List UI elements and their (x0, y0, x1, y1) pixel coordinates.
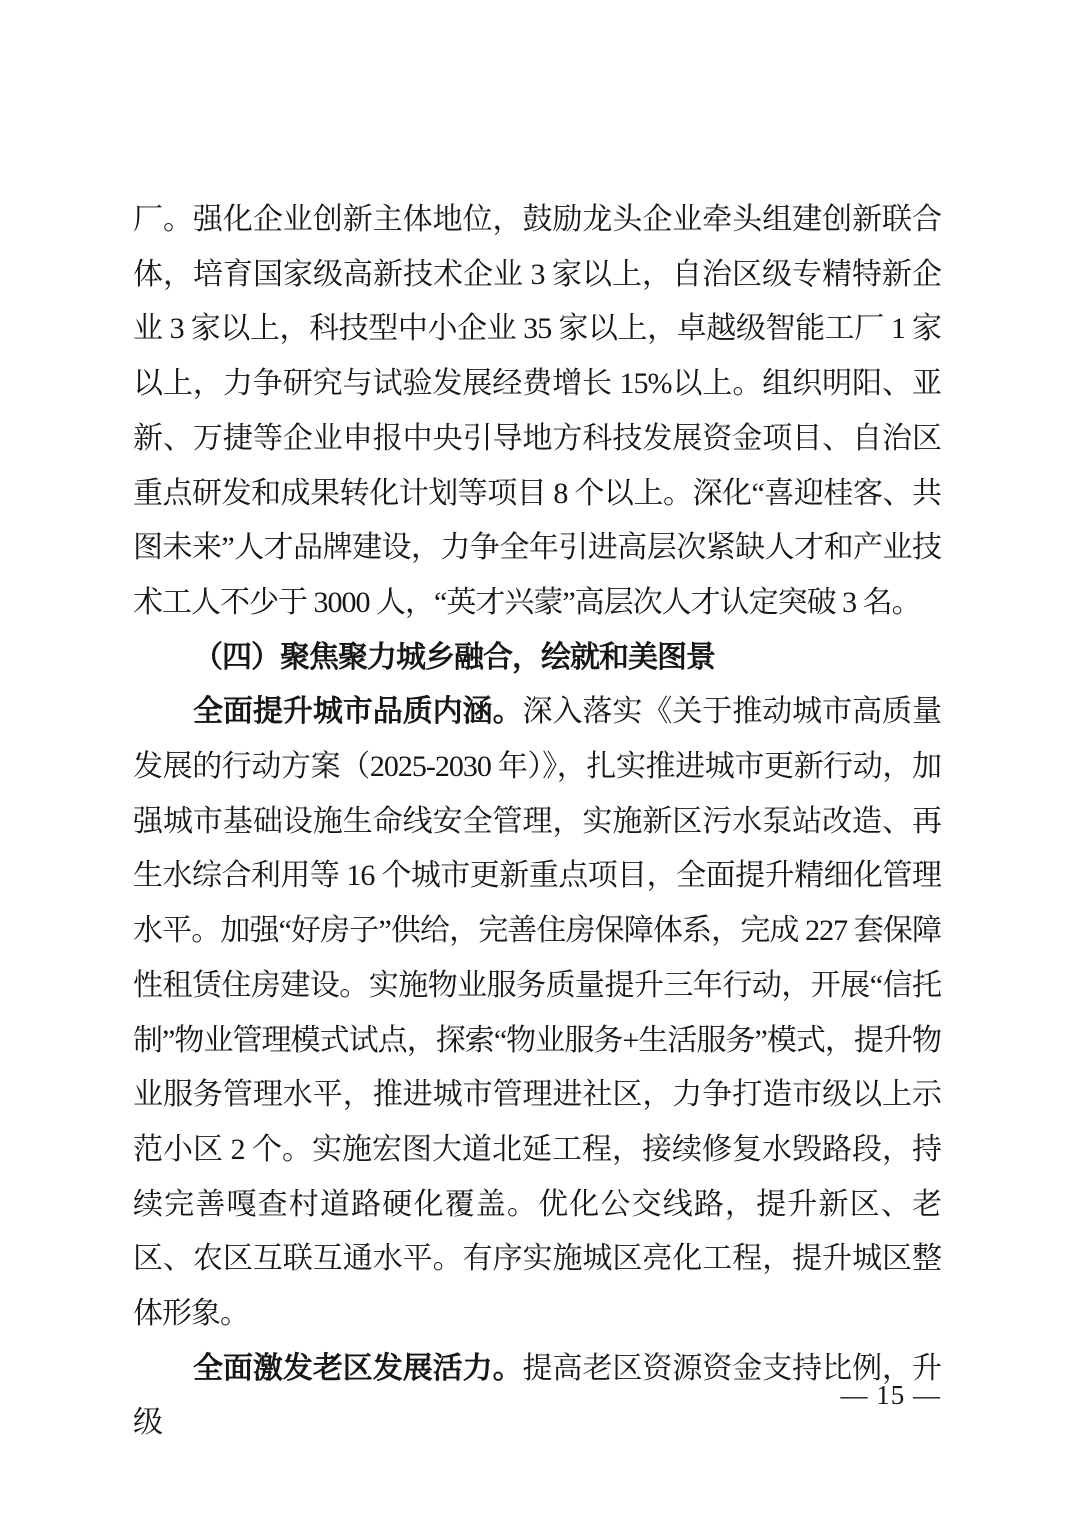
paragraph-city-quality: 全面提升城市品质内涵。深入落实《关于推动城市高质量发展的行动方案（2025-20… (133, 685, 941, 1341)
document-body: 厂。强化企业创新主体地位，鼓励龙头企业牵头组建创新联合体，培育国家级高新技术企业… (133, 193, 941, 1451)
page-number: — 15 — (841, 1378, 942, 1412)
paragraph-lead: 全面激发老区发展活力。 (193, 1352, 523, 1385)
paragraph-text: 深入落实《关于推动城市高质量发展的行动方案（2025-2030 年）》，扎实推进… (133, 695, 941, 1330)
paragraph-lead: 全面提升城市品质内涵。 (193, 695, 523, 728)
document-page: 厂。强化企业创新主体地位，鼓励龙头企业牵头组建创新联合体，培育国家级高新技术企业… (0, 0, 1074, 1520)
section-heading: （四）聚焦聚力城乡融合，绘就和美图景 (133, 631, 941, 686)
paragraph-continuation: 厂。强化企业创新主体地位，鼓励龙头企业牵头组建创新联合体，培育国家级高新技术企业… (133, 193, 941, 631)
paragraph-old-district: 全面激发老区发展活力。提高老区资源资金支持比例，升级 (133, 1342, 941, 1451)
